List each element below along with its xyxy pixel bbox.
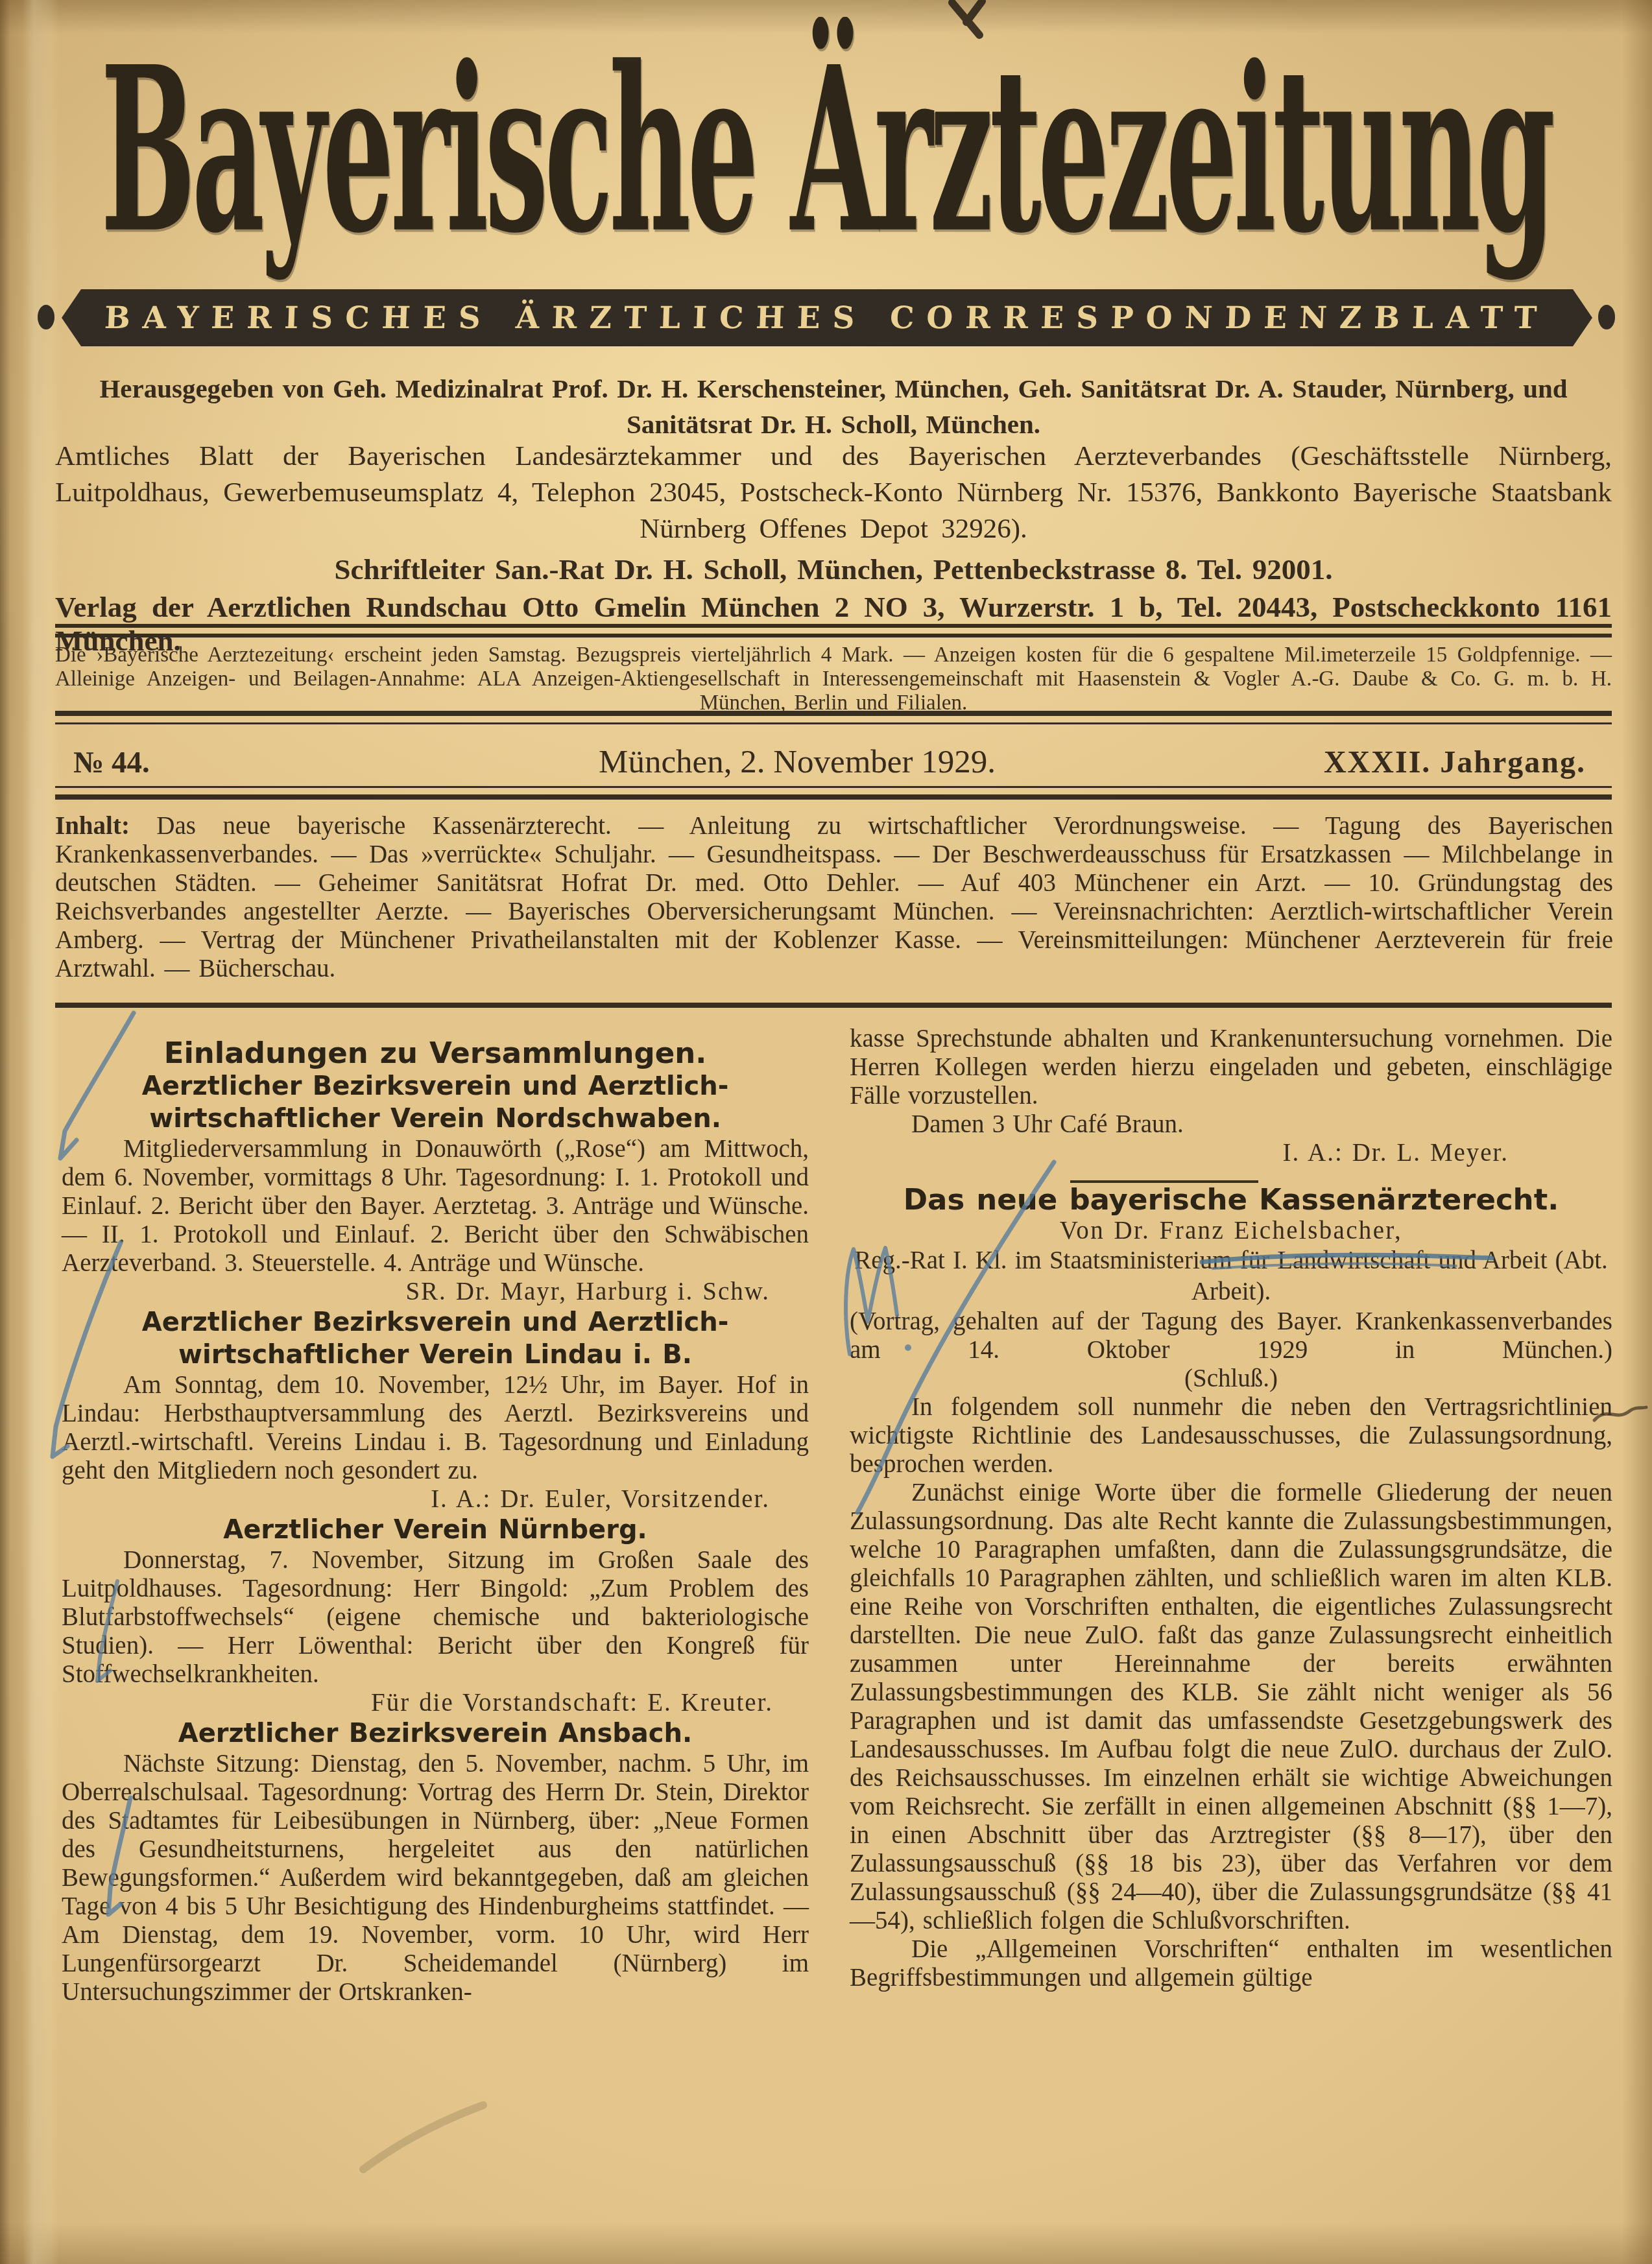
article-heading-lindau: Aerztlicher Bezirksverein und Aerztlich-… [62, 1306, 809, 1371]
banner-end-dot-left [38, 305, 54, 329]
contents-label: Inhalt: [55, 812, 130, 840]
signature-line: SR. Dr. Mayr, Harburg i. Schw. [62, 1278, 809, 1306]
official-gazette-line: Amtliches Blatt der Bayerischen Landesär… [55, 438, 1612, 547]
article-heading-nordschwaben: Aerztlicher Bezirksverein und Aerztlich-… [62, 1070, 809, 1135]
article-body: Mitgliederversammlung in Donauwörth („Ro… [62, 1135, 809, 1278]
place-and-date: München, 2. November 1929. [346, 743, 1249, 781]
part-note: (Schluß.) [850, 1364, 1612, 1393]
author-byline: Von Dr. Franz Eichelsbacher, [850, 1217, 1612, 1245]
newspaper-title: Bayerische Ärztezeitung [101, 17, 1551, 283]
double-rule [55, 786, 1612, 800]
article-body: Donnerstag, 7. November, Sitzung im Groß… [62, 1546, 809, 1689]
left-column: Einladungen zu Versammlungen. Aerztliche… [62, 1036, 809, 2007]
volume-label: XXXII. Jahrgang. [1249, 745, 1612, 780]
table-of-contents: Inhalt: Das neue bayerische Kassenärzter… [55, 812, 1613, 983]
double-rule [55, 624, 1612, 637]
article-heading-nuernberg: Aerztlicher Verein Nürnberg. [62, 1514, 809, 1546]
dateline: № 44. München, 2. November 1929. XXXII. … [55, 743, 1612, 781]
article-body: Nächste Sitzung: Dienstag, den 5. Novemb… [62, 1750, 809, 2007]
article-paragraph: Die „Allgemeinen Vorschriften“ enthalten… [850, 1935, 1612, 1992]
article-heading-ansbach: Aerztlicher Bezirksverein Ansbach. [62, 1717, 809, 1750]
section-rule [55, 1003, 1612, 1008]
publisher-line: Herausgegeben von Geh. Medizinalrat Prof… [55, 371, 1612, 442]
editor-line: Schriftleiter San.-Rat Dr. H. Scholl, Mü… [55, 553, 1612, 586]
author-title-line: Reg.-Rat I. Kl. im Staatsministerium für… [850, 1245, 1612, 1307]
subtitle-banner: BAYERISCHES ÄRZTLICHES CORRESPONDENZBLAT… [62, 289, 1592, 346]
contents-text: Das neue bayerische Kassenärzterecht. — … [55, 812, 1613, 983]
article-paragraph: In folgendem soll nunmehr die neben den … [850, 1393, 1612, 1479]
double-rule [55, 711, 1612, 724]
subtitle-banner-text: BAYERISCHES ÄRZTLICHES CORRESPONDENZBLAT… [104, 300, 1550, 336]
masthead: Bayerische Ärztezeitung [0, 17, 1652, 296]
newspaper-page: { "theme": { "paper_color": "#e4c68c", "… [0, 0, 1652, 2264]
signature-line: I. A.: Dr. Euler, Vorsitzender. [62, 1485, 809, 1514]
scan-smudge [363, 2105, 483, 2169]
right-column: kasse Sprechstunde abhalten und Krankenu… [850, 1025, 1612, 1992]
signature-line: Für die Vorstandschaft: E. Kreuter. [62, 1689, 809, 1717]
issue-number: № 44. [55, 745, 346, 780]
article-title-kassenaerzterecht: Das neue bayerische Kassenärzterecht. [850, 1183, 1612, 1217]
continued-article-text: kasse Sprechstunde abhalten und Krankenu… [850, 1025, 1612, 1110]
subscription-note: Die ›Bayerische Aerztezeitung‹ erscheint… [55, 643, 1612, 715]
continued-article-line: Damen 3 Uhr Café Braun. [850, 1110, 1612, 1139]
lecture-note: (Vortrag, gehalten auf der Tagung des Ba… [850, 1307, 1612, 1364]
banner-end-dot-right [1598, 305, 1615, 329]
section-title: Einladungen zu Versammlungen. [62, 1036, 809, 1070]
article-paragraph: Zunächst einige Worte über die formelle … [850, 1479, 1612, 1935]
article-body: Am Sonntag, dem 10. November, 12½ Uhr, i… [62, 1371, 809, 1485]
signature-line: I. A.: Dr. L. Meyer. [850, 1139, 1612, 1167]
